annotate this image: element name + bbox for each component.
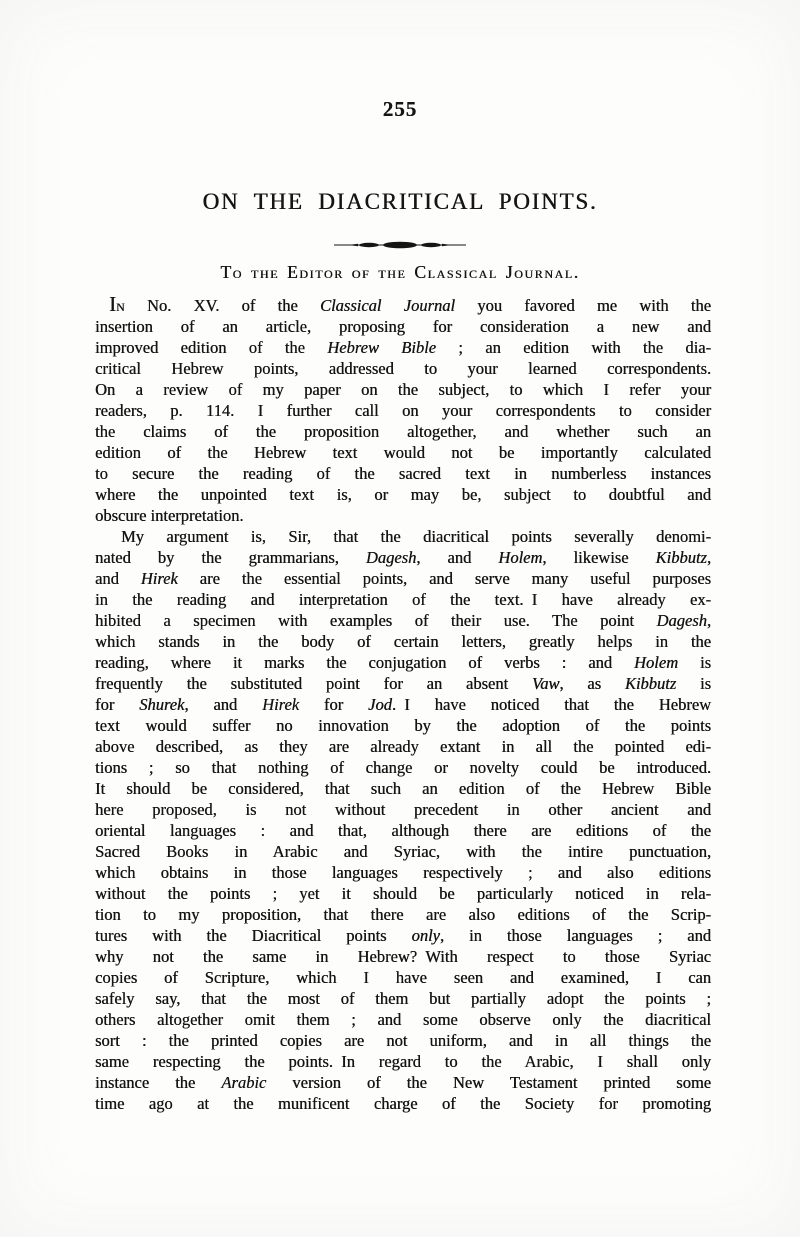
text-line: My argument is, Sir, that the diacritica…: [95, 526, 711, 547]
text-segment: text would suffer no innovation by the a…: [95, 716, 711, 735]
text-segment: safely say, that the most of them but pa…: [95, 989, 711, 1008]
italic-term: only: [411, 926, 439, 945]
text-line: without the points ; yet it should be pa…: [95, 883, 711, 904]
text-segment: ,: [707, 611, 711, 630]
text-line: to secure the reading of the sacred text…: [95, 463, 711, 484]
text-line: critical Hebrew points, addressed to you…: [95, 358, 711, 379]
article-body: In No. XV. of the Classical Journal you …: [95, 295, 711, 1114]
text-segment: are the essential points, and serve many…: [178, 569, 711, 588]
text-segment: which obtains in those languages respect…: [95, 863, 711, 882]
text-segment: where the unpointed text is, or may be, …: [95, 485, 711, 504]
text-line: tures with the Diacritical points only, …: [95, 925, 711, 946]
salutation-line: To the Editor of the Classical Journal.: [0, 262, 800, 283]
italic-term: Vaw: [532, 674, 560, 693]
text-line: sort : the printed copies are not unifor…: [95, 1030, 711, 1051]
text-line: others altogether omit them ; and some o…: [95, 1009, 711, 1030]
text-segment: for: [299, 695, 368, 714]
text-segment: frequently the substituted point for an …: [95, 674, 532, 693]
italic-term: Shurek: [139, 695, 184, 714]
text-segment: , in those languages ; and: [440, 926, 711, 945]
text-line: text would suffer no innovation by the a…: [95, 715, 711, 736]
text-line: Sacred Books in Arabic and Syriac, with …: [95, 841, 711, 862]
text-segment: copies of Scripture, which I have seen a…: [95, 968, 711, 987]
text-line: same respecting the points. In regard to…: [95, 1051, 711, 1072]
italic-term: Dagesh: [366, 548, 416, 567]
text-segment: critical Hebrew points, addressed to you…: [95, 359, 711, 378]
text-line: It should be considered, that such an ed…: [95, 778, 711, 799]
text-segment: , and: [416, 548, 498, 567]
text-segment: reading, where it marks the conjugation …: [95, 653, 634, 672]
text-line: copies of Scripture, which I have seen a…: [95, 967, 711, 988]
text-segment: ,: [707, 548, 711, 567]
text-segment: same respecting the points. In regard to…: [95, 1052, 711, 1071]
text-segment: improved edition of the: [95, 338, 327, 357]
text-line: hibited a specimen with examples of thei…: [95, 610, 711, 631]
text-segment: is: [678, 653, 711, 672]
text-segment: edition of the Hebrew text would not be …: [95, 443, 711, 462]
text-line: for Shurek, and Hirek for Jod. I have no…: [95, 694, 711, 715]
text-segment: the claims of the proposition altogether…: [95, 422, 711, 441]
text-line: where the unpointed text is, or may be, …: [95, 484, 711, 505]
text-line: the claims of the proposition altogether…: [95, 421, 711, 442]
italic-term: Kibbutz: [625, 674, 676, 693]
text-segment: n: [116, 296, 125, 315]
text-line: frequently the substituted point for an …: [95, 673, 711, 694]
text-line: tions ; so that nothing of change or nov…: [95, 757, 711, 778]
italic-term: Arabic: [221, 1073, 266, 1092]
text-line: why not the same in Hebrew? With respect…: [95, 946, 711, 967]
text-segment: nated by the grammarians,: [95, 548, 366, 567]
text-segment: for: [95, 695, 139, 714]
text-segment: On a review of my paper on the subject, …: [95, 380, 711, 399]
text-segment: insertion of an article, proposing for c…: [95, 317, 711, 336]
italic-term: Jod: [368, 695, 392, 714]
text-segment: My argument is, Sir, that the diacritica…: [121, 527, 711, 546]
text-segment: to secure the reading of the sacred text…: [95, 464, 711, 483]
italic-term: Kibbutz: [656, 548, 707, 567]
text-segment: version of the New Testament printed som…: [266, 1073, 711, 1092]
italic-term: Holem: [634, 653, 678, 672]
text-line: here proposed, is not without precedent …: [95, 799, 711, 820]
text-line: time ago at the munificent charge of the…: [95, 1093, 711, 1114]
text-line: in the reading and interpretation of the…: [95, 589, 711, 610]
text-line: edition of the Hebrew text would not be …: [95, 442, 711, 463]
text-line: In No. XV. of the Classical Journal you …: [95, 295, 711, 316]
text-line: On a review of my paper on the subject, …: [95, 379, 711, 400]
text-segment: sort : the printed copies are not unifor…: [95, 1031, 711, 1050]
text-segment: others altogether omit them ; and some o…: [95, 1010, 711, 1029]
text-segment: , likewise: [542, 548, 655, 567]
text-segment: readers, p. 114. I further call on your …: [95, 401, 711, 420]
text-line: nated by the grammarians, Dagesh, and Ho…: [95, 547, 711, 568]
text-segment: No. XV. of the: [125, 296, 320, 315]
text-segment: without the points ; yet it should be pa…: [95, 884, 711, 903]
text-segment: I: [109, 292, 116, 316]
text-segment: hibited a specimen with examples of thei…: [95, 611, 656, 630]
text-line: obscure interpretation.: [95, 505, 711, 526]
text-segment: It should be considered, that such an ed…: [95, 779, 711, 798]
text-line: instance the Arabic version of the New T…: [95, 1072, 711, 1093]
text-segment: oriental languages : and that, although …: [95, 821, 711, 840]
text-segment: is: [676, 674, 711, 693]
text-segment: . I have noticed that the Hebrew: [392, 695, 711, 714]
text-segment: obscure interpretation.: [95, 506, 243, 525]
italic-term: Hebrew Bible: [327, 338, 436, 357]
italic-term: Hirek: [262, 695, 299, 714]
text-line: safely say, that the most of them but pa…: [95, 988, 711, 1009]
text-segment: tions ; so that nothing of change or nov…: [95, 758, 711, 777]
tapered-rule-ornament-icon: [334, 240, 466, 250]
text-segment: here proposed, is not without precedent …: [95, 800, 711, 819]
ornamental-divider: [0, 237, 800, 255]
text-line: which obtains in those languages respect…: [95, 862, 711, 883]
text-segment: , and: [184, 695, 262, 714]
text-segment: above described, as they are already ext…: [95, 737, 711, 756]
text-segment: tures with the Diacritical points: [95, 926, 411, 945]
article-title: ON THE DIACRITICAL POINTS.: [0, 189, 800, 215]
text-segment: and: [95, 569, 141, 588]
page-number: 255: [0, 97, 800, 122]
text-line: which stands in the body of certain lett…: [95, 631, 711, 652]
text-line: reading, where it marks the conjugation …: [95, 652, 711, 673]
text-line: readers, p. 114. I further call on your …: [95, 400, 711, 421]
text-segment: instance the: [95, 1073, 221, 1092]
text-line: insertion of an article, proposing for c…: [95, 316, 711, 337]
text-segment: , as: [559, 674, 624, 693]
text-segment: Sacred Books in Arabic and Syriac, with …: [95, 842, 711, 861]
scanned-document-page: 255 ON THE DIACRITICAL POINTS. To the Ed…: [0, 0, 800, 1237]
text-line: improved edition of the Hebrew Bible ; a…: [95, 337, 711, 358]
text-segment: time ago at the munificent charge of the…: [95, 1094, 711, 1113]
italic-term: Hirek: [141, 569, 178, 588]
text-line: oriental languages : and that, although …: [95, 820, 711, 841]
text-segment: which stands in the body of certain lett…: [95, 632, 711, 651]
text-segment: in the reading and interpretation of the…: [95, 590, 711, 609]
italic-term: Classical Journal: [320, 296, 455, 315]
italic-term: Dagesh: [656, 611, 706, 630]
text-segment: ; an edition with the dia-: [436, 338, 711, 357]
text-line: and Hirek are the essential points, and …: [95, 568, 711, 589]
text-line: above described, as they are already ext…: [95, 736, 711, 757]
text-segment: why not the same in Hebrew? With respect…: [95, 947, 711, 966]
text-segment: you favored me with the: [455, 296, 711, 315]
text-line: tion to my proposition, that there are a…: [95, 904, 711, 925]
italic-term: Holem: [498, 548, 542, 567]
text-segment: tion to my proposition, that there are a…: [95, 905, 711, 924]
